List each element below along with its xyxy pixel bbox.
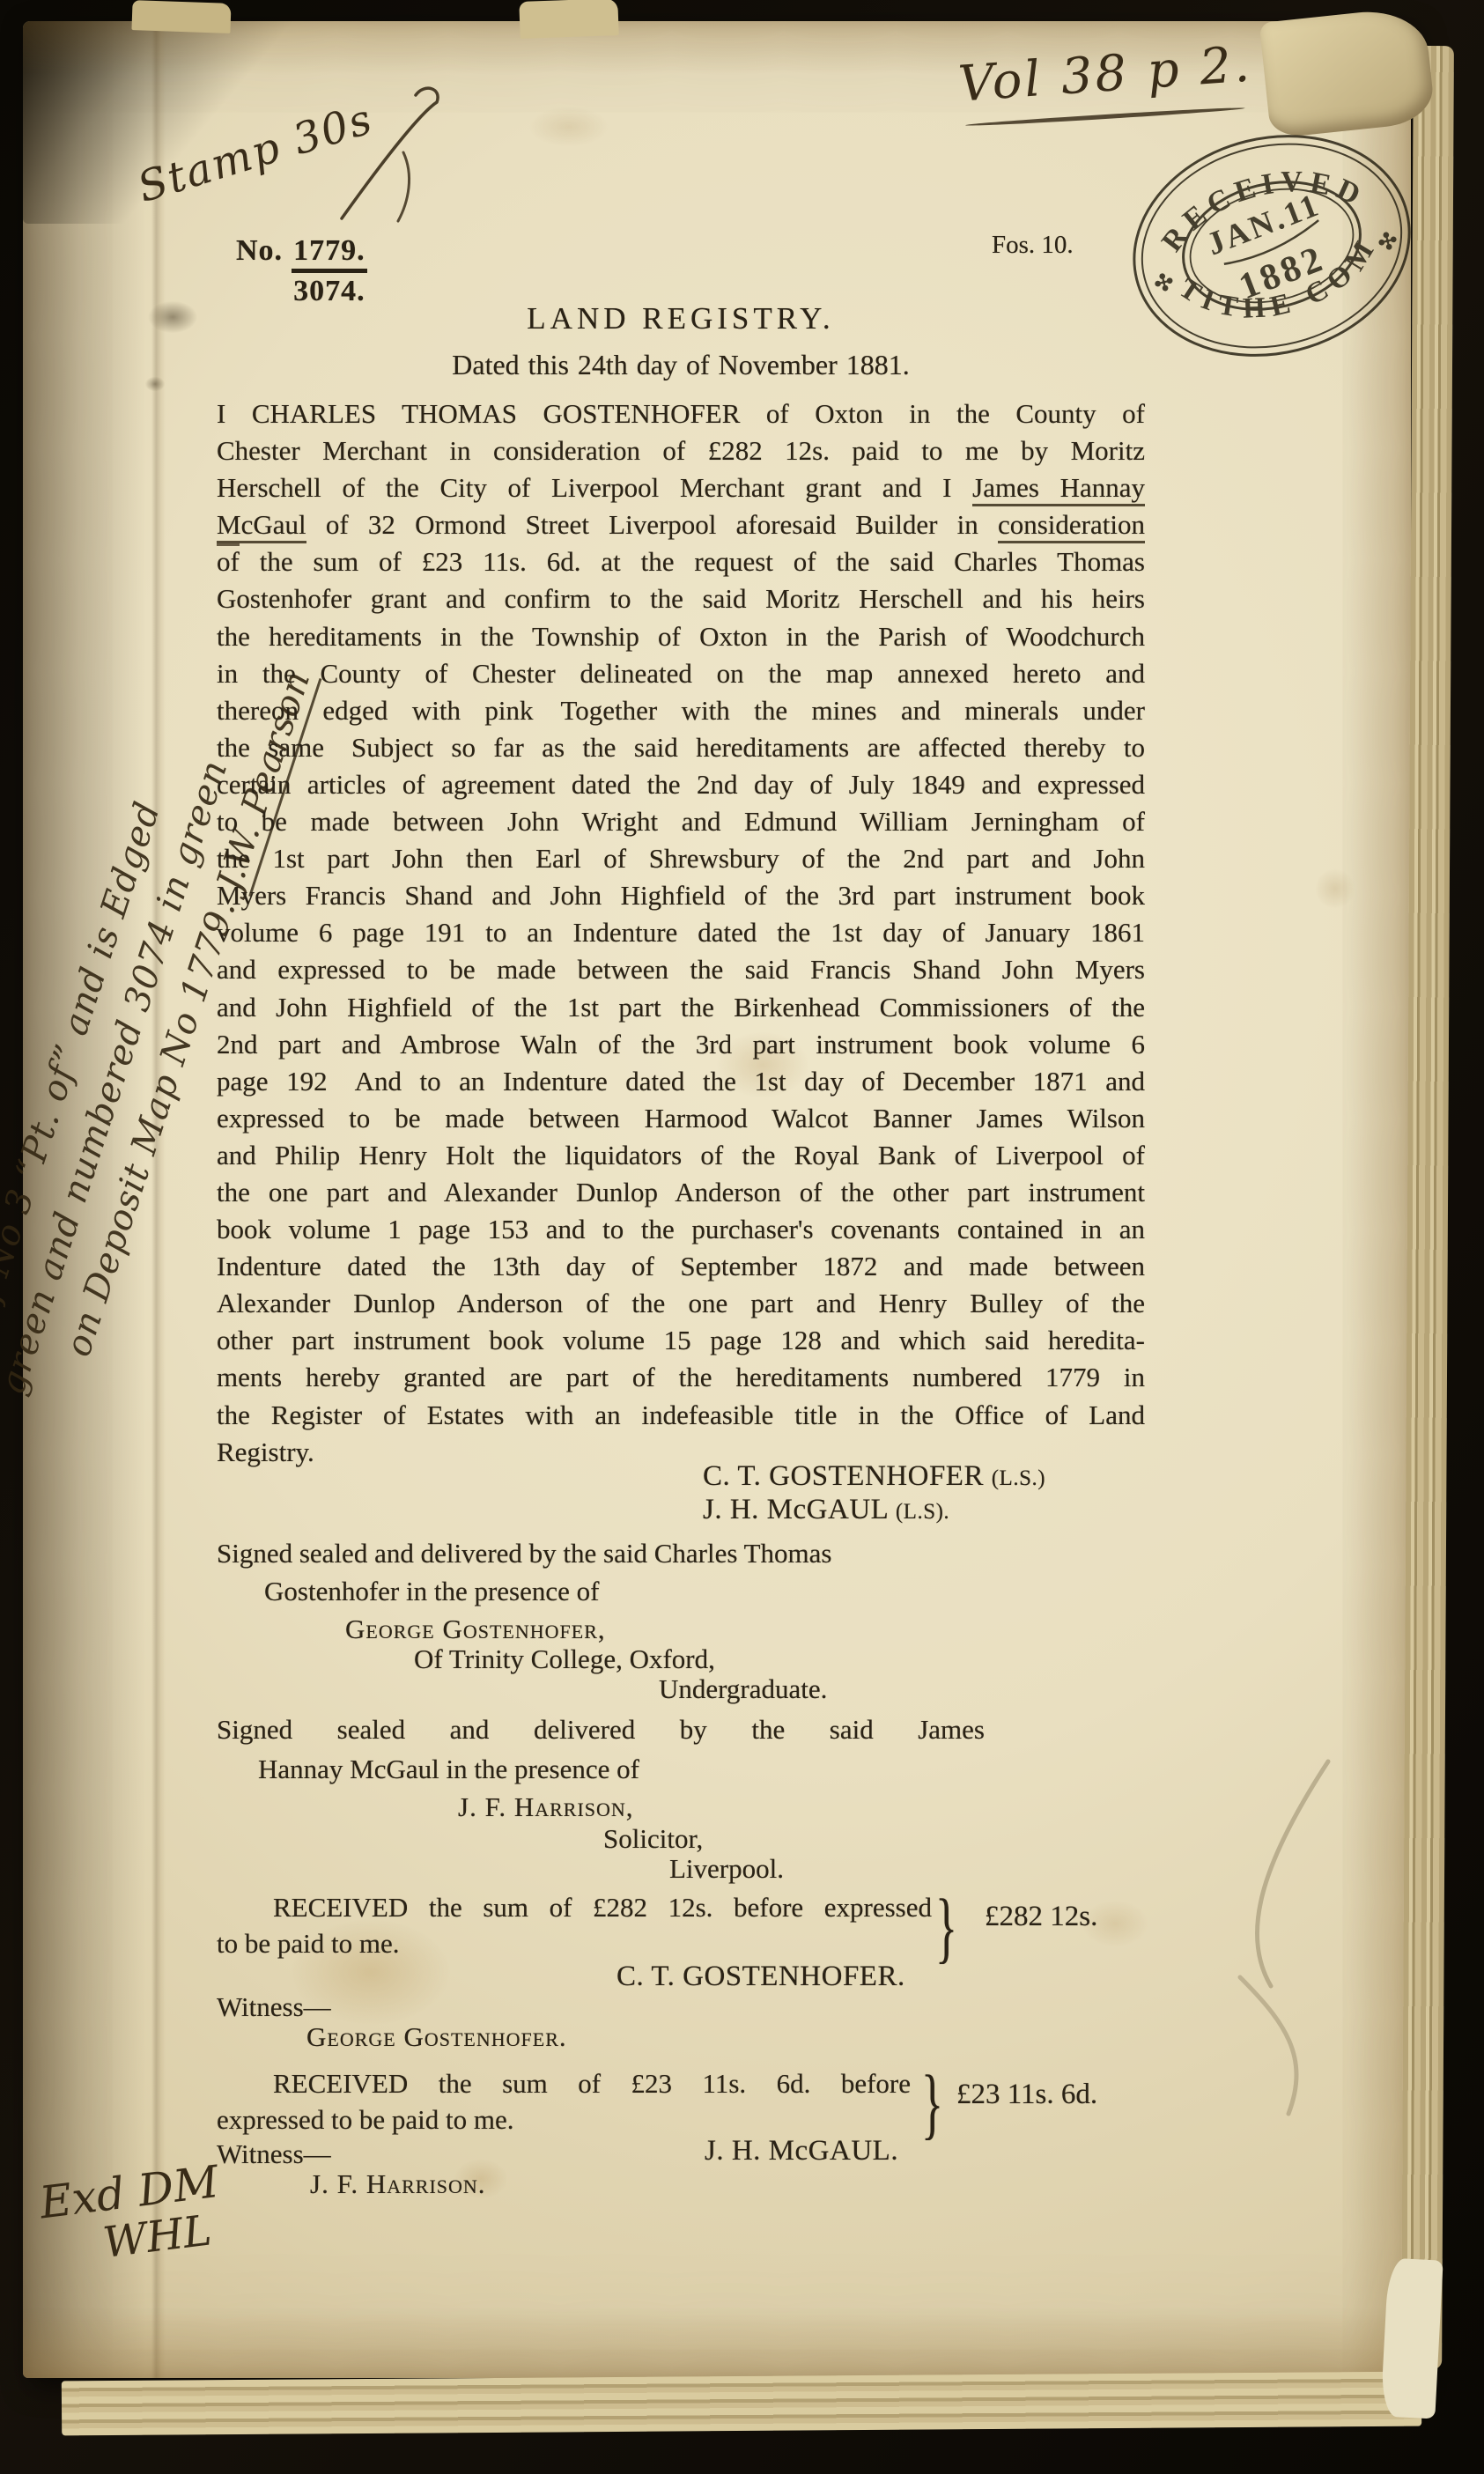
receipt2-witness-name: J. F. Harrison. xyxy=(310,2168,486,2200)
page-edge-stack-bottom xyxy=(62,2372,1421,2436)
text-line: and Philip Henry Holt the liquidators of… xyxy=(217,1137,1145,1174)
receipt2-signature: J. H. McGAUL. xyxy=(705,2135,898,2168)
attestation1-line: Signed sealed and delivered by the said … xyxy=(217,1538,831,1569)
receipt1-line1: RECEIVED the sum of £282 12s. before exp… xyxy=(273,1892,932,1924)
document-number-block: No.1779.3074. xyxy=(236,234,367,308)
receipt1-amount: £282 12s. xyxy=(985,1901,1097,1933)
receipt2-brace: } xyxy=(921,2057,943,2149)
text-line: thereon edged with pink Together with th… xyxy=(217,692,1145,729)
receipt1-signature: C. T. GOSTENHOFER. xyxy=(616,1961,905,1993)
attestation2-line: Signed sealed and delivered by the said … xyxy=(217,1714,985,1746)
signature-name: C. T. GOSTENHOFER xyxy=(703,1460,984,1492)
number-values: 1779.3074. xyxy=(292,234,367,308)
text-line: other part instrument book volume 15 pag… xyxy=(217,1322,1145,1359)
receipt2-line2: expressed to be paid to me. xyxy=(217,2104,513,2136)
text-line: the hereditaments in the Township of Oxt… xyxy=(217,618,1145,655)
text-line: book volume 1 page 153 and to the purcha… xyxy=(217,1211,1145,1248)
signature-name: J. H. McGAUL xyxy=(703,1494,888,1525)
text-line: Chester Merchant in consideration of £28… xyxy=(217,432,1145,469)
text-line: the Register of Estates with an indefeas… xyxy=(217,1397,1145,1434)
text-line: ments hereby granted are part of the her… xyxy=(217,1359,1145,1396)
attestation2-line: Hannay McGaul in the presence of xyxy=(258,1754,639,1785)
attestation2-witness-name: J. F. Harrison, xyxy=(458,1791,634,1823)
text-line: in the County of Chester delineated on t… xyxy=(217,655,1145,692)
text-line: expressed to be made between Harmood Wal… xyxy=(217,1100,1145,1137)
number-label: No. xyxy=(236,234,283,267)
text-line: I CHARLES THOMAS GOSTENHOFER of Oxton in… xyxy=(217,395,1145,432)
text-line: Indenture dated the 13th day of Septembe… xyxy=(217,1248,1145,1285)
receipt2-amount: £23 11s. 6d. xyxy=(956,2079,1097,2111)
text-line: volume 6 page 191 to an Indenture dated … xyxy=(217,914,1145,951)
text-line: page 192 And to an Indenture dated the 1… xyxy=(217,1063,1145,1100)
attestation1-line: Gostenhofer in the presence of xyxy=(264,1576,599,1607)
receipt1-witness-name: George Gostenhofer. xyxy=(306,2021,567,2053)
text-line: to be made between John Wright and Edmun… xyxy=(217,803,1145,840)
text-line: and John Highfield of the 1st part the B… xyxy=(217,989,1145,1026)
folio-number: Fos. 10. xyxy=(992,231,1074,260)
torn-paper-edge xyxy=(1380,2258,1443,2419)
text-line: Alexander Dunlop Anderson of the one par… xyxy=(217,1285,1145,1322)
stamp-ornament-left-icon: ✣ xyxy=(1152,269,1177,298)
text-line: and expressed to be made between the sai… xyxy=(217,951,1145,988)
seal-mark: (L.S.) xyxy=(992,1466,1045,1490)
torn-paper-fragment xyxy=(131,0,231,33)
receipt1-line2: to be paid to me. xyxy=(217,1928,399,1960)
attestation2-line: Solicitor, xyxy=(603,1823,703,1855)
attestation1-witness-name: George Gostenhofer, xyxy=(345,1614,606,1645)
deed-body: I CHARLES THOMAS GOSTENHOFER of Oxton in… xyxy=(217,395,1145,1471)
text-line: the same Subject so far as the said here… xyxy=(217,729,1145,766)
document-dateline: Dated this 24th day of November 1881. xyxy=(217,349,1145,381)
attestation1-line: Undergraduate. xyxy=(659,1673,827,1705)
text-line: Myers Francis Shand and John Highfield o… xyxy=(217,877,1145,914)
attestation1-line: Of Trinity College, Oxford, xyxy=(414,1643,715,1675)
text-line: Gostenhofer grant and confirm to the sai… xyxy=(217,580,1145,617)
text-line: McGaul of 32 Ormond Street Liverpool afo… xyxy=(217,506,1145,543)
pencil-scribble xyxy=(1178,1748,1363,2127)
text-line: of the sum of £23 11s. 6d. at the reques… xyxy=(217,543,1145,580)
signature-mcgaul: J. H. McGAUL (L.S). xyxy=(703,1494,949,1526)
receipt1-witness-label: Witness— xyxy=(217,1991,331,2023)
text-line: the one part and Alexander Dunlop Anders… xyxy=(217,1174,1145,1211)
attestation2-line: Liverpool. xyxy=(669,1853,784,1885)
receipt2-witness-label: Witness— xyxy=(217,2138,331,2170)
seal-mark: (L.S). xyxy=(896,1500,949,1524)
text-line: 2nd part and Ambrose Waln of the 3rd par… xyxy=(217,1026,1145,1063)
signature-gostenhofer: C. T. GOSTENHOFER (L.S.) xyxy=(703,1460,1045,1493)
receipt1-brace: } xyxy=(935,1881,957,1973)
text-line: certain articles of agreement dated the … xyxy=(217,766,1145,803)
text-line: the 1st part John then Earl of Shrewsbur… xyxy=(217,840,1145,877)
text-line: Herschell of the City of Liverpool Merch… xyxy=(217,469,1145,506)
receipt2-line1: RECEIVED the sum of £23 11s. 6d. before xyxy=(273,2068,911,2100)
document-title: LAND REGISTRY. xyxy=(217,301,1145,336)
torn-paper-fragment xyxy=(519,0,618,39)
number-primary: 1779. xyxy=(292,234,367,273)
